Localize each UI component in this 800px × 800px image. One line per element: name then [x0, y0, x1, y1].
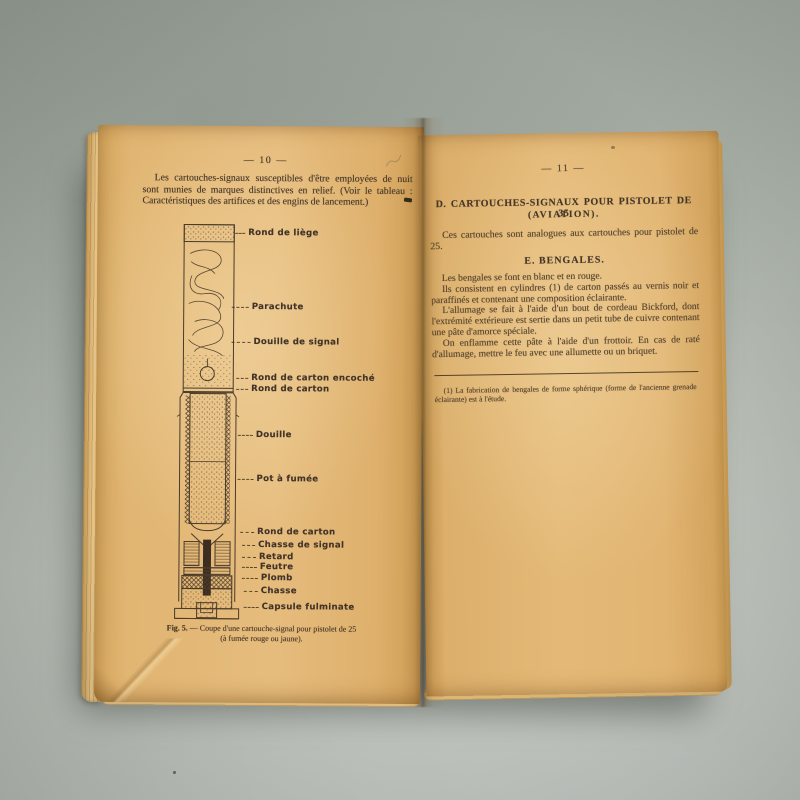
- leader-line: [238, 479, 254, 480]
- leader-line: [231, 342, 250, 343]
- diagram-label: Pot à fumée: [257, 474, 319, 484]
- leader-line: [236, 378, 248, 379]
- leader-line: [236, 389, 248, 390]
- leader-line: [244, 591, 258, 592]
- paper-speck: [611, 146, 615, 149]
- diagram-label: Douille de signal: [253, 337, 339, 348]
- leader-line: [242, 545, 255, 546]
- diagram-label: Parachute: [252, 302, 304, 312]
- diagram-label: Chasse: [261, 586, 297, 596]
- paragraph: On enflamme cette pâte à l'aide d'un fro…: [432, 335, 700, 361]
- section-e-body: Les bengales se font en blanc et en roug…: [431, 270, 700, 361]
- figure-caption-line2: (à fumée rouge ou jaune).: [220, 634, 302, 644]
- table-speck: [173, 771, 176, 774]
- leader-line: [242, 578, 258, 579]
- leader-line: [240, 532, 254, 533]
- section-e-title: E. BENGALES.: [431, 253, 699, 268]
- photo-of-open-book: — 10 — Les cartouches-signaux susceptibl…: [0, 0, 800, 800]
- diagram-label: Chasse de signal: [258, 540, 344, 551]
- figure-caption-text: — Coupe d'une cartouche-signal pour pist…: [190, 624, 357, 634]
- diagram-label: Plomb: [261, 573, 293, 583]
- diagram-label: Rond de carton: [257, 527, 335, 538]
- diagram-label: Capsule fulminate: [262, 602, 355, 613]
- diagram-label: Feutre: [260, 562, 294, 572]
- footnote-rule: [434, 371, 698, 376]
- footnote: (1) La fabrication de bengales de forme …: [435, 382, 697, 405]
- page-corner-fold: [94, 668, 124, 702]
- section-d-paragraph: Ces cartouches sont analogues aux cartou…: [430, 226, 698, 253]
- leader-line: [242, 557, 256, 558]
- diagram-label: Rond de carton encoché: [251, 373, 375, 384]
- right-page: — 11 — D. CARTOUCHES-SIGNAUX POUR PISTOL…: [418, 131, 728, 697]
- right-page-number: — 11 —: [429, 161, 697, 176]
- figure-number: Fig. 5.: [167, 623, 188, 632]
- diagram-label: Douille: [256, 430, 292, 440]
- leader-line: [244, 607, 259, 608]
- diagram-label: Rond de carton: [251, 384, 329, 395]
- diagram-label: Retard: [259, 552, 294, 562]
- leader-line: [232, 307, 249, 308]
- leader-line: [242, 567, 257, 568]
- leader-line: [238, 435, 253, 436]
- diagram-label: Rond de liège: [248, 228, 318, 238]
- leader-line: [235, 233, 245, 234]
- figure-caption: Fig. 5. — Coupe d'une cartouche-signal p…: [122, 623, 400, 645]
- left-page: — 10 — Les cartouches-signaux susceptibl…: [94, 125, 424, 704]
- paragraph: L'allumage se fait à l'aide d'un bout de…: [431, 302, 699, 339]
- cartridge-diagram: [94, 125, 424, 704]
